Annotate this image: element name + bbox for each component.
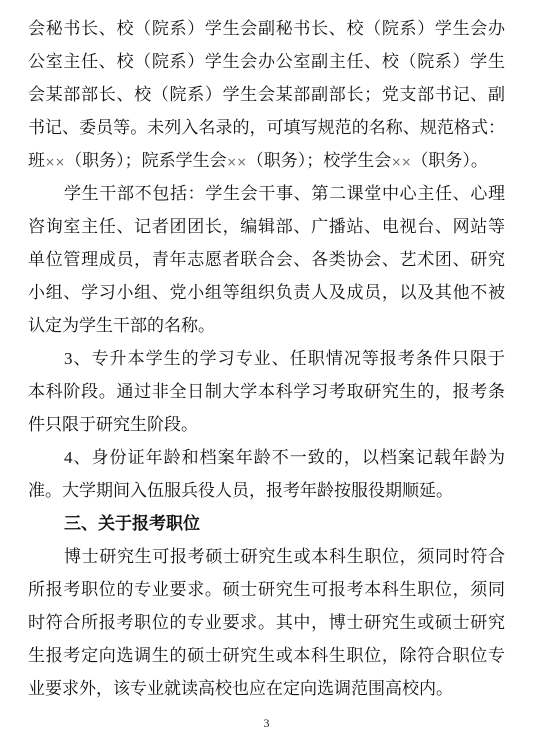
text-line: 3、专升本学生的学习专业、任职情况等报考条件只限于 (28, 342, 505, 375)
text-line: 认定为学生干部的名称。 (28, 309, 505, 342)
text-line: 博士研究生可报考硕士研究生或本科生职位，须同时符合 (28, 540, 505, 573)
text-line: 时符合所报考职位的专业要求。其中，博士研究生或硕士研究 (28, 606, 505, 639)
text-segment: 班 (28, 151, 45, 170)
text-line: 业要求外，该专业就读高校也应在定向选调范围高校内。 (28, 672, 505, 705)
text-line: 单位管理成员，青年志愿者联合会、各类协会、艺术团、研究 (28, 243, 505, 276)
text-line: 小组、学习小组、党小组等组织负责人及成员，以及其他不被 (28, 276, 505, 309)
text-segment: （职务）；校学生会 (247, 151, 392, 170)
text-line: 所报考职位的专业要求。硕士研究生可报考本科生职位，须同 (28, 573, 505, 606)
document-text-block: 会秘书长、校（院系）学生会副秘书长、校（院系）学生会办 公室主任、校（院系）学生… (28, 12, 505, 705)
text-line: 会秘书长、校（院系）学生会副秘书长、校（院系）学生会办 (28, 12, 505, 45)
placeholder-x-marks: ×× (391, 155, 411, 169)
text-line: 本科阶段。通过非全日制大学本科学习考取研究生的，报考条 (28, 375, 505, 408)
section-heading: 三、关于报考职位 (28, 507, 505, 540)
placeholder-x-marks: ×× (45, 155, 65, 169)
text-segment: （职务）；院系学生会 (65, 151, 227, 170)
text-line: 书记、委员等。未列入名录的，可填写规范的名称、规范格式： (28, 111, 505, 144)
text-line: 准。大学期间入伍服兵役人员，报考年龄按服役期顺延。 (28, 474, 505, 507)
text-line: 会某部部长、校（院系）学生会某部副部长；党支部书记、副 (28, 78, 505, 111)
text-line: 咨询室主任、记者团团长，编辑部、广播站、电视台、网站等 (28, 210, 505, 243)
text-line: 班××（职务）；院系学生会××（职务）；校学生会××（职务）。 (28, 144, 505, 177)
placeholder-x-marks: ×× (227, 155, 247, 169)
text-line: 件只限于研究生阶段。 (28, 408, 505, 441)
text-line: 学生干部不包括：学生会干事、第二课堂中心主任、心理 (28, 177, 505, 210)
text-line: 生报考定向选调生的硕士研究生或本科生职位，除符合职位专 (28, 639, 505, 672)
text-line: 4、身份证年龄和档案年龄不一致的，以档案记载年龄为 (28, 441, 505, 474)
text-line: 公室主任、校（院系）学生会办公室副主任、校（院系）学生 (28, 45, 505, 78)
document-page: 会秘书长、校（院系）学生会副秘书长、校（院系）学生会办 公室主任、校（院系）学生… (0, 0, 533, 741)
page-number: 3 (0, 716, 533, 731)
text-segment: （职务）。 (411, 151, 488, 170)
